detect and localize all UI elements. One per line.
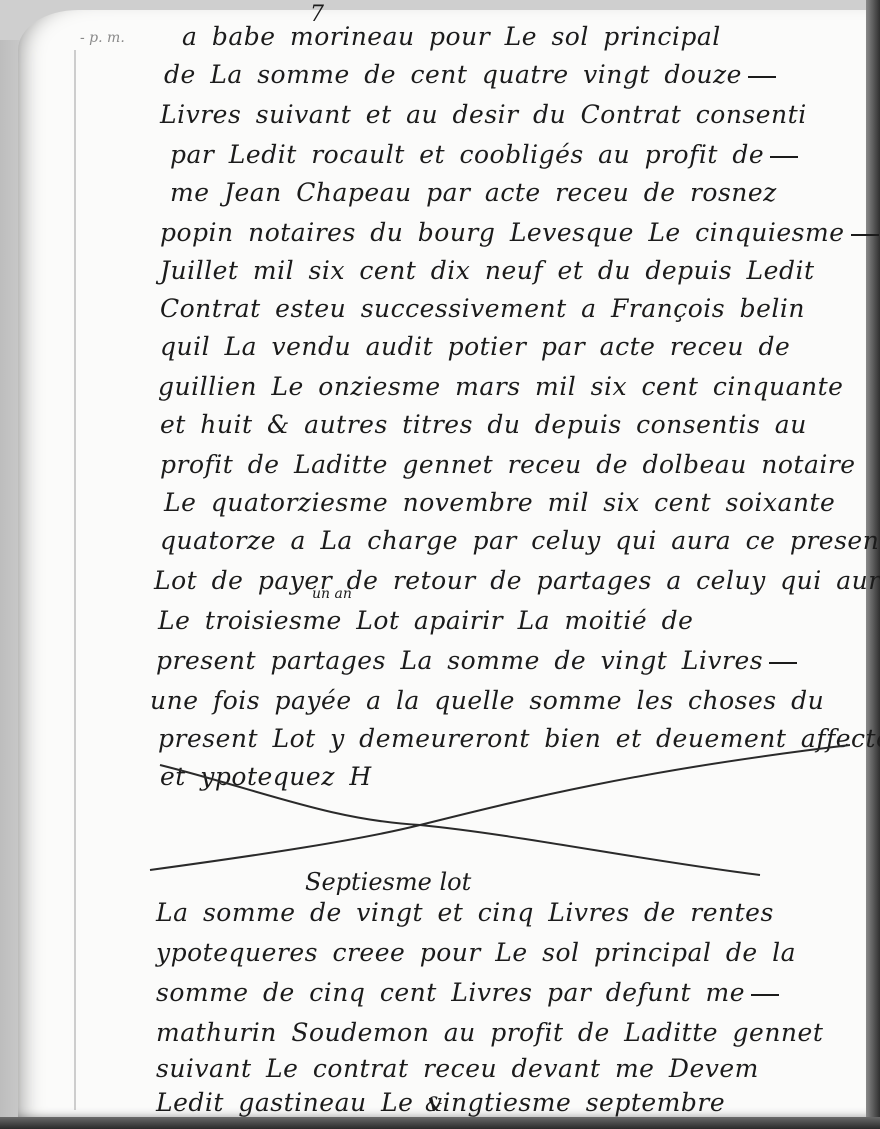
section-heading: Septiesme lot [305,868,471,896]
page-bottom-edge [0,1117,880,1129]
line-filler-dash [769,662,797,664]
text-line-17: present partages La somme de vingt Livre… [156,646,797,675]
footer-mark: & [425,1092,443,1116]
interlinear-insertion: un an [312,586,352,602]
text-line-8: Contrat esteu successivement a François … [160,294,805,323]
text-line-1: a babe morineau pour Le sol principal [182,22,721,51]
section-line-4: mathurin Soudemon au profit de Laditte g… [156,1018,823,1047]
text-line-16: Le troisiesme Lot apairir La moitié de [158,606,693,635]
page-fold-line [74,50,76,1110]
text-line-9: quil La vendu audit potier par acte rece… [160,332,790,361]
text-line-6: popin notaires du bourg Levesque Le cinq… [160,218,879,247]
text-line-15: Lot de payer de retour de partages a cel… [154,566,880,595]
text-line-10: guillien Le onziesme mars mil six cent c… [158,372,843,401]
section-line-3: somme de cinq cent Livres par defunt me [156,978,779,1007]
text-line-14: quatorze a La charge par celuy qui aura … [160,526,880,555]
text-line-3: Livres suivant et au desir du Contrat co… [160,100,807,129]
line-filler-dash [751,994,779,996]
binding-edge-right [866,0,880,1129]
text-line-20: et ypotequez H [160,762,372,791]
end-mark: H [349,762,371,791]
text-line-4: par Ledit rocault et coobligés au profit… [170,140,798,169]
text-line-7: Juillet mil six cent dix neuf et du depu… [160,256,815,285]
section-line-5: suivant Le contrat receu devant me Devem [156,1054,759,1083]
text-line-18: une fois payée a la quelle somme les cho… [150,686,824,715]
scanned-page: - p. m. 7 a babe morineau pour Le sol pr… [0,0,880,1129]
section-line-1: La somme de vingt et cinq Livres de rent… [156,898,774,927]
text-line-2: de La somme de cent quatre vingt douze [164,60,776,89]
text-line-12: profit de Laditte gennet receu de dolbea… [160,450,856,479]
section-line-2: ypotequeres creee pour Le sol principal … [156,938,796,967]
text-line-5: me Jean Chapeau par acte receu de rosnez [170,178,777,207]
text-line-13: Le quatorziesme novembre mil six cent so… [164,488,835,517]
line-filler-dash [770,156,798,158]
text-line-19: present Lot y demeureront bien et deueme… [158,724,880,753]
line-filler-dash [748,76,776,78]
margin-note: - p. m. [80,30,125,46]
line-filler-dash [851,234,879,236]
text-line-11: et huit & autres titres du depuis consen… [160,410,807,439]
